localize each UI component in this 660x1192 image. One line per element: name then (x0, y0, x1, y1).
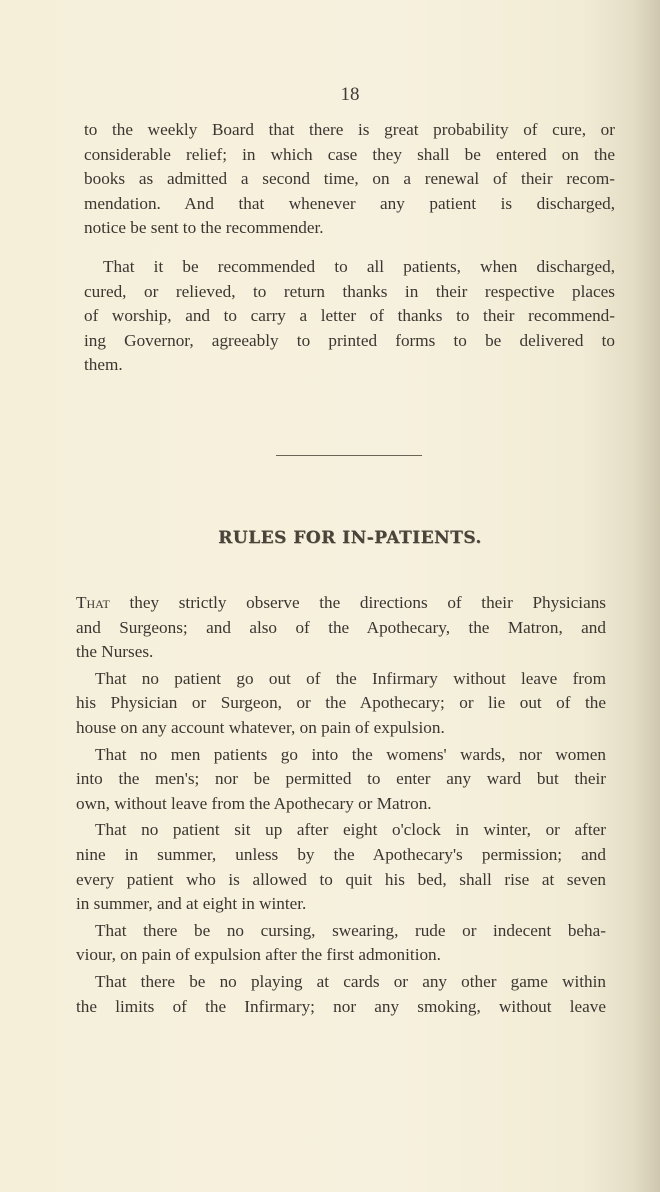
rule-paragraph: That no patient go out of the Infirmary … (76, 667, 606, 741)
text-line: every patient who is allowed to quit his… (76, 868, 606, 893)
thanks-paragraph: That it be recommended to all patients, … (84, 255, 615, 378)
text-line: the limits of the Infirmary; nor any smo… (76, 995, 606, 1020)
text-line: That it be recommended to all patients, … (84, 255, 615, 280)
text-line: his Physician or Surgeon, or the Apothec… (76, 691, 606, 716)
text-line: mendation. And that whenever any patient… (84, 192, 615, 217)
rule-paragraph: That they strictly observe the direction… (76, 591, 606, 665)
section-heading: RULES FOR IN-PATIENTS. (0, 528, 660, 548)
text-line: ing Governor, agreeably to printed forms… (84, 329, 615, 354)
rule-paragraph: That no men patients go into the womens'… (76, 743, 606, 817)
text-line: in summer, and at eight in winter. (76, 892, 606, 917)
text-line: That there be no playing at cards or any… (76, 970, 606, 995)
text-line: the Nurses. (76, 640, 606, 665)
text-line: cured, or relieved, to return thanks in … (84, 280, 615, 305)
text-line: to the weekly Board that there is great … (84, 118, 615, 143)
text-fragment: they strictly observe the directions of … (110, 593, 606, 612)
document-page: 18 to the weekly Board that there is gre… (0, 0, 660, 1192)
section-divider (276, 455, 422, 456)
text-line: own, without leave from the Apothecary o… (76, 792, 606, 817)
text-line: That no men patients go into the womens'… (76, 743, 606, 768)
text-line: and Surgeons; and also of the Apothecary… (76, 616, 606, 641)
text-line: notice be sent to the recommender. (84, 216, 615, 241)
text-line: That no patient go out of the Infirmary … (76, 667, 606, 692)
text-line: of worship, and to carry a letter of tha… (84, 304, 615, 329)
page-number: 18 (0, 84, 660, 106)
text-line: That they strictly observe the direction… (76, 591, 606, 616)
text-line: That there be no cursing, swearing, rude… (76, 919, 606, 944)
text-line: them. (84, 353, 615, 378)
rule-paragraph: That there be no playing at cards or any… (76, 970, 606, 1019)
rules-list: That they strictly observe the direction… (76, 591, 606, 1019)
text-line: books as admitted a second time, on a re… (84, 167, 615, 192)
text-line: That no patient sit up after eight o'clo… (76, 818, 606, 843)
text-line: into the men's; nor be permitted to ente… (76, 767, 606, 792)
rule-paragraph: That no patient sit up after eight o'clo… (76, 818, 606, 916)
text-line: house on any account whatever, on pain o… (76, 716, 606, 741)
text-line: considerable relief; in which case they … (84, 143, 615, 168)
rule-paragraph: That there be no cursing, swearing, rude… (76, 919, 606, 968)
text-line: nine in summer, unless by the Apothecary… (76, 843, 606, 868)
continuation-paragraph: to the weekly Board that there is great … (84, 118, 615, 241)
text-line: viour, on pain of expulsion after the fi… (76, 943, 606, 968)
lead-word: That (76, 593, 110, 612)
